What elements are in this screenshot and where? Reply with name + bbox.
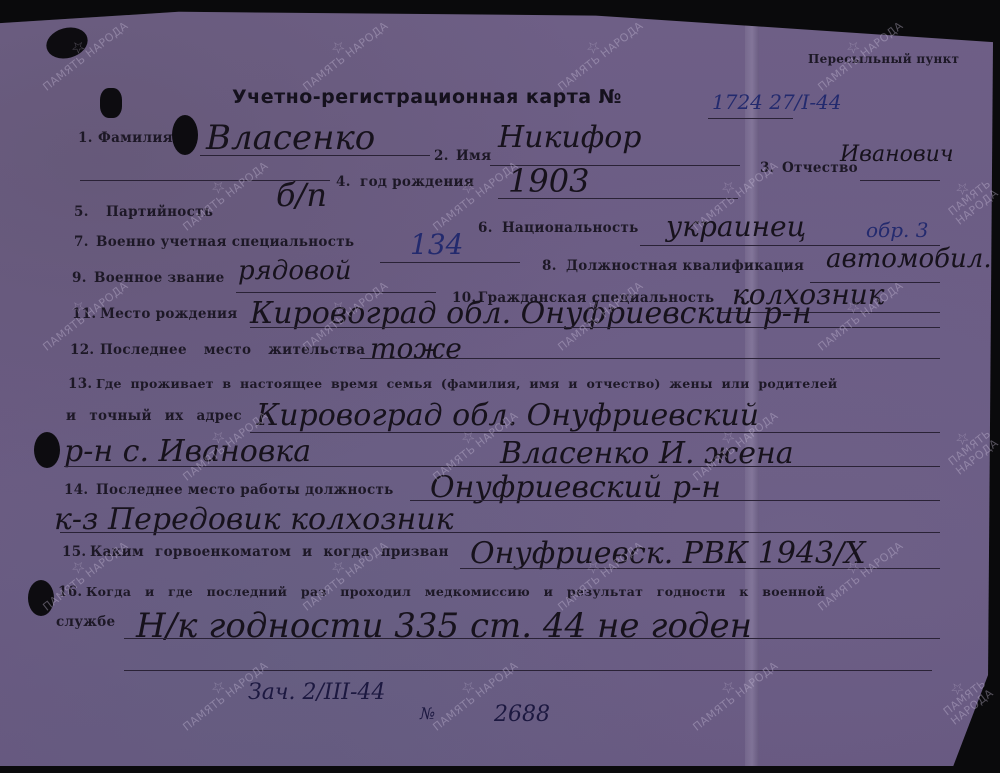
punch-hole-1: [34, 432, 60, 468]
field-9-num: 9.: [72, 270, 87, 286]
field-14-line: [410, 500, 940, 501]
field-1-value: Власенко: [206, 118, 375, 158]
field-15-value: Онуфриевск. РВК 1943/X: [470, 536, 866, 571]
field-5-value: б/п: [276, 176, 327, 214]
ink-blot-scribble: [100, 88, 122, 118]
field-3-value: Иванович: [840, 142, 954, 167]
field-8-label: Должностная квалификация: [566, 258, 804, 274]
card-number-line: [708, 118, 793, 119]
field-1-label: Фамилия: [98, 130, 173, 146]
field-16-label: Когда и где последний раз проходил медко…: [86, 584, 825, 599]
field-6-label: Национальность: [502, 220, 639, 236]
field-8-value: автомобил.: [826, 244, 992, 274]
field-16-value: Н/к годности 335 ст. 44 не годен: [136, 606, 752, 646]
field-8-num: 8.: [542, 258, 557, 274]
ink-blot-surname: [172, 115, 198, 155]
field-12-line: [360, 358, 940, 359]
field-13-num: 13.: [68, 376, 92, 392]
field-14-label: Последнее место работы должность: [96, 482, 394, 498]
field-11-label: Место рождения: [100, 306, 238, 322]
field-3-line: [860, 180, 940, 181]
field-7-label: Военно учетная специальность: [96, 234, 354, 250]
footer-note: Зач. 2/III-44: [248, 680, 385, 705]
field-16-label2: службе: [56, 614, 115, 630]
field-12-value: тоже: [370, 332, 462, 365]
field-13-line: [250, 432, 940, 433]
field-9-line: [236, 292, 436, 293]
field-7-line: [380, 262, 520, 263]
field-12-num: 12.: [70, 342, 94, 358]
field-12-label: Последнее место жительства: [100, 342, 365, 358]
field-1-num: 1.: [78, 130, 93, 146]
field-13-label2: и точный их адрес: [66, 408, 242, 424]
field-14-line2: [60, 532, 940, 533]
field-13-label: Где проживает в настоящее время семья (ф…: [96, 376, 837, 391]
field-2-num: 2.: [434, 148, 449, 164]
field-16-line: [124, 638, 940, 639]
field-7-value: 134: [410, 228, 463, 261]
field-2-value: Никифор: [498, 120, 641, 155]
field-2-label: Имя: [456, 148, 491, 164]
field-7-num: 7.: [74, 234, 89, 250]
field-1-line: [200, 155, 430, 156]
field-5-num: 5.: [74, 204, 89, 220]
field-4-num: 4.: [336, 174, 351, 190]
footer-number: 2688: [494, 702, 550, 727]
card-number: 1724 27/I-44: [712, 90, 842, 114]
field-6-num: 6.: [478, 220, 493, 236]
field-9-value: рядовой: [238, 256, 352, 286]
field-14-num: 14.: [64, 482, 88, 498]
field-15-label: Каким горвоенкоматом и когда призван: [90, 544, 449, 560]
field-6-extra: обр. 3: [866, 218, 929, 242]
